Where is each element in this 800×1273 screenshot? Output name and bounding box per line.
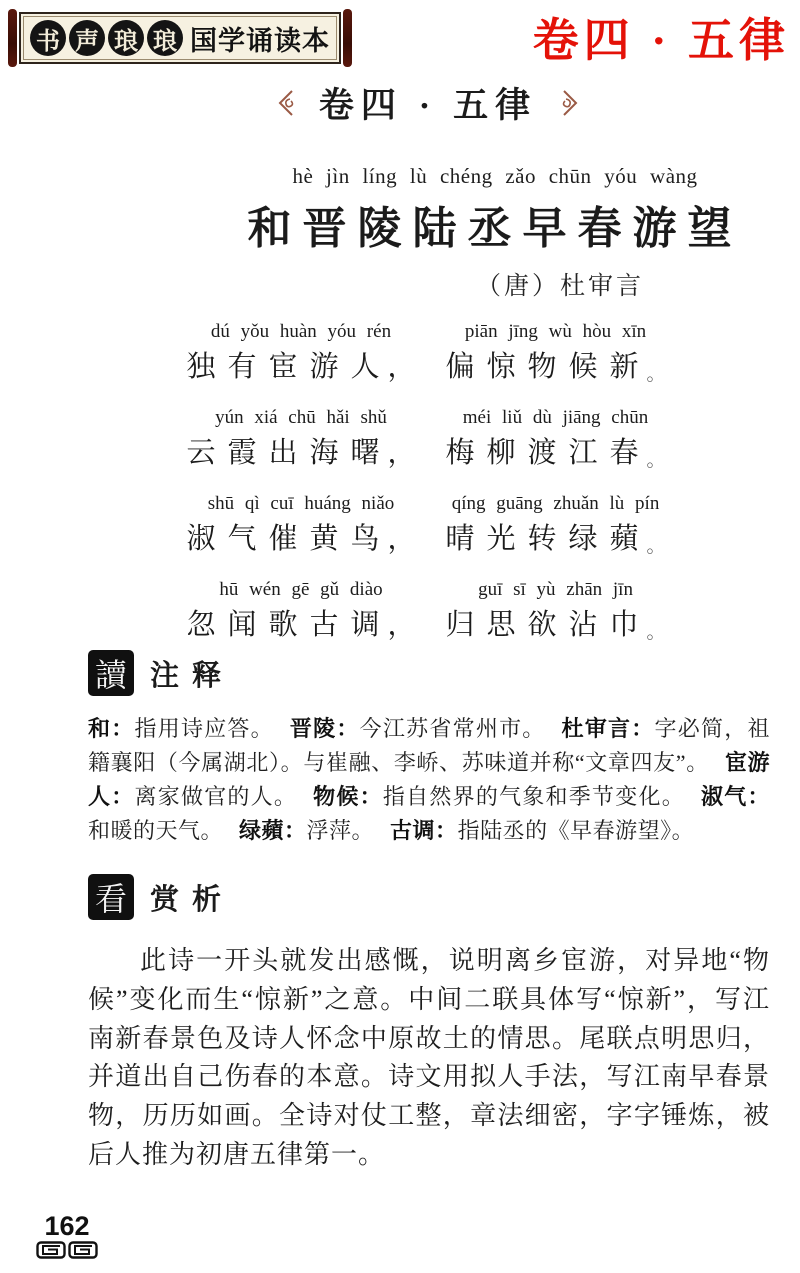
poem-pinyin: dú yǒu huàn yóu rén (186, 320, 415, 344)
poem-hanzi: 梅柳渡江春 (446, 437, 651, 469)
note-def: 指用诗应答。 (134, 716, 273, 741)
poem-line: yún xiá chū hǎi shǔ云霞出海曙，méi liǔ dù jiān… (26, 406, 800, 484)
note-def: 和暖的天气。 (88, 818, 223, 843)
poem-hanzi: 归思欲沾巾 (446, 609, 651, 641)
poem-punct: 。 (647, 536, 666, 557)
note-entry: 物候：指自然界的气象和季节变化。 (313, 784, 685, 809)
poem-punct: 。 (647, 364, 666, 385)
page-number: 162 (36, 1212, 98, 1240)
poem-title: 和晋陵陆丞早春游望 (95, 192, 800, 256)
poem-punct: ， (387, 438, 415, 469)
poem-punct: ， (387, 524, 415, 555)
note-entry: 晋陵：今江苏省常州市。 (290, 716, 546, 741)
note-def: 指自然界的气象和季节变化。 (383, 784, 685, 809)
note-term: 杜审言： (562, 716, 655, 741)
poem-lines: dú yǒu huàn yóu rén独有宦游人，piān jīng wù hò… (26, 320, 800, 664)
poem-punct: ， (387, 352, 415, 383)
poem-line: shū qì cuī huáng niǎo淑气催黄鸟，qíng guāng zh… (26, 492, 800, 570)
analysis-seal-icon: 看 (88, 874, 134, 920)
note-def: 指陆丞的《早春游望》。 (458, 818, 695, 843)
poem-title-pinyin: hè jìn líng lù chéng zǎo chūn yóu wàng (95, 164, 800, 189)
poem-half: guī sī yù zhān jīn归思欲沾巾。 (446, 578, 666, 656)
note-term: 物候： (313, 784, 383, 809)
note-def: 离家做官的人。 (134, 784, 297, 809)
poem-hanzi: 云霞出海曙 (186, 437, 391, 469)
poem-hanzi-row: 梅柳渡江春。 (446, 430, 666, 484)
note-entry: 绿蘋：浮萍。 (239, 818, 374, 843)
meander-icon (36, 1241, 98, 1264)
notes-heading-row: 讀 注释 (88, 650, 770, 696)
poem-half: méi liǔ dù jiāng chūn梅柳渡江春。 (446, 406, 666, 484)
note-entry: 古调：指陆丞的《早春游望》。 (390, 818, 694, 843)
poem-hanzi: 晴光转绿蘋 (446, 523, 651, 555)
scroll-rod-left-icon (8, 9, 17, 67)
poem-pinyin: guī sī yù zhān jīn (446, 578, 666, 602)
note-term: 和： (88, 716, 134, 741)
note-entry: 和：指用诗应答。 (88, 716, 274, 741)
poem-half: piān jīng wù hòu xīn偏惊物候新。 (446, 320, 666, 398)
poem-hanzi-row: 独有宦游人， (186, 344, 415, 395)
scroll-rod-right-icon (343, 9, 352, 67)
notes-seal-icon: 讀 (88, 650, 134, 696)
poem-hanzi-row: 云霞出海曙， (186, 430, 415, 481)
poem-half: qíng guāng zhuǎn lù pín晴光转绿蘋。 (446, 492, 666, 570)
poem-half: shū qì cuī huáng niǎo淑气催黄鸟， (186, 492, 415, 570)
poem-author: （唐）杜审言 (160, 266, 800, 302)
section-title-row: 卷四 · 五律 (28, 78, 800, 128)
poem-punct: 。 (647, 450, 666, 471)
poem-hanzi: 忽闻歌古调 (186, 609, 391, 641)
note-term: 晋陵： (290, 716, 360, 741)
poem-line: hū wén gē gǔ diào忽闻歌古调，guī sī yù zhān jī… (26, 578, 800, 656)
logo-seal-icon: 琅 (147, 20, 183, 56)
poem-hanzi-row: 淑气催黄鸟， (186, 516, 415, 567)
logo-seal-row: 书声琅琅 (30, 20, 183, 56)
poem-hanzi: 偏惊物候新 (446, 351, 651, 383)
poem-hanzi-row: 忽闻歌古调， (186, 602, 415, 653)
poem-hanzi-row: 归思欲沾巾。 (446, 602, 666, 656)
logo-seal-icon: 声 (69, 20, 105, 56)
poem-half: dú yǒu huàn yóu rén独有宦游人， (186, 320, 415, 398)
book-page: 书声琅琅 国学诵读本 卷四 · 五律 卷四 · 五律 hè jìn líng l… (0, 0, 800, 1273)
poem-half: yún xiá chū hǎi shǔ云霞出海曙， (186, 406, 415, 484)
poem-hanzi-row: 晴光转绿蘋。 (446, 516, 666, 570)
logo-title: 国学诵读本 (190, 19, 330, 58)
note-def: 浮萍。 (307, 818, 375, 843)
notes-body: 和：指用诗应答。晋陵：今江苏省常州市。杜审言：字必简，祖籍襄阳（今属湖北）。与崔… (88, 712, 770, 848)
poem-title-block: hè jìn líng lù chéng zǎo chūn yóu wàng 和… (95, 164, 800, 256)
analysis-section: 看 赏析 此诗一开头就发出感慨，说明离乡宦游，对异地“物候”变化而生“惊新”之意… (88, 874, 770, 1175)
analysis-text: 此诗一开头就发出感慨，说明离乡宦游，对异地“物候”变化而生“惊新”之意。中间二联… (88, 942, 770, 1175)
note-term: 古调： (390, 818, 458, 843)
poem-pinyin: hū wén gē gǔ diào (186, 578, 415, 602)
poem-pinyin: qíng guāng zhuǎn lù pín (446, 492, 666, 516)
fleuron-left-icon (275, 87, 295, 119)
note-term: 淑气： (701, 784, 770, 809)
fleuron-right-icon (561, 87, 581, 119)
analysis-heading-row: 看 赏析 (88, 874, 770, 920)
poem-hanzi-row: 偏惊物候新。 (446, 344, 666, 398)
poem-punct: ， (387, 610, 415, 641)
footer: 162 (36, 1212, 98, 1264)
poem-hanzi: 淑气催黄鸟 (186, 523, 391, 555)
analysis-heading: 赏析 (150, 877, 234, 918)
logo-seal-icon: 琅 (108, 20, 144, 56)
poem-pinyin: yún xiá chū hǎi shǔ (186, 406, 415, 430)
poem-line: dú yǒu huàn yóu rén独有宦游人，piān jīng wù hò… (26, 320, 800, 398)
section-title: 卷四 · 五律 (319, 78, 537, 128)
logo-seal-icon: 书 (30, 20, 66, 56)
volume-label: 卷四 · 五律 (533, 4, 790, 70)
poem-pinyin: piān jīng wù hòu xīn (446, 320, 666, 344)
poem-half: hū wén gē gǔ diào忽闻歌古调， (186, 578, 415, 656)
poem-hanzi: 独有宦游人 (186, 351, 391, 383)
note-def: 今江苏省常州市。 (360, 716, 546, 741)
notes-section: 讀 注释 和：指用诗应答。晋陵：今江苏省常州市。杜审言：字必简，祖籍襄阳（今属湖… (88, 650, 770, 848)
logo-box: 书声琅琅 国学诵读本 (19, 12, 341, 64)
poem-pinyin: shū qì cuī huáng niǎo (186, 492, 415, 516)
brand-logo: 书声琅琅 国学诵读本 (8, 8, 352, 68)
poem-punct: 。 (647, 622, 666, 643)
notes-heading: 注释 (150, 653, 234, 694)
poem-pinyin: méi liǔ dù jiāng chūn (446, 406, 666, 430)
note-term: 绿蘋： (239, 818, 307, 843)
